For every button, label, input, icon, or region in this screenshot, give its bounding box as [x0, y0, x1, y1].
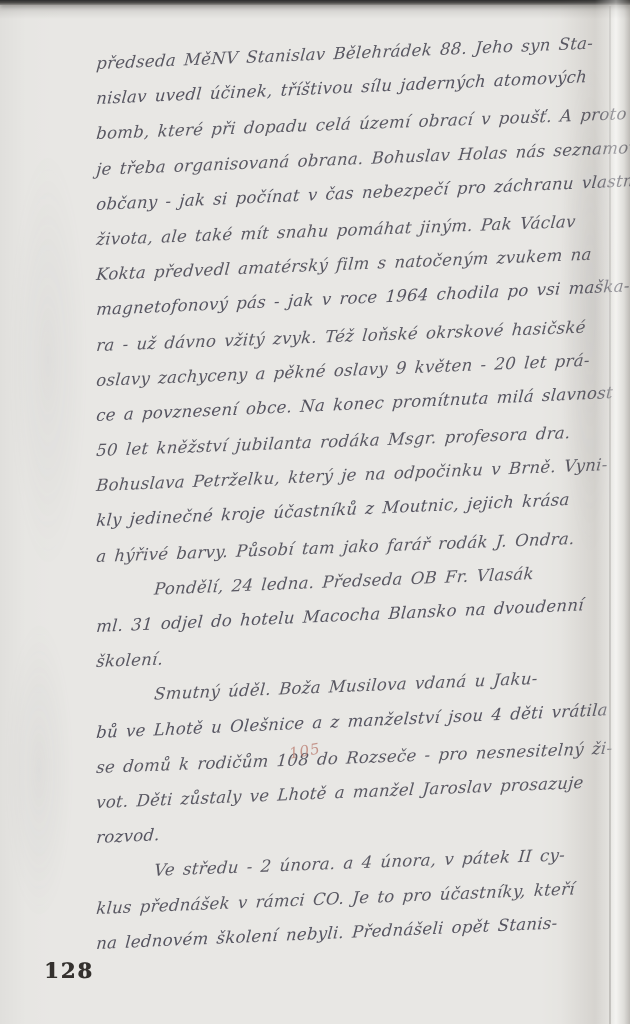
ink-bleed-smudge	[8, 150, 88, 570]
ink-bleed-smudge	[4, 620, 74, 920]
photo-top-edge-shadow	[0, 5, 630, 19]
chronicle-page-scan: předseda MěNV Stanislav Bělehrádek 88. J…	[0, 0, 630, 1024]
page-crease-line	[609, 6, 611, 1024]
handwritten-text-block: předseda MěNV Stanislav Bělehrádek 88. J…	[96, 46, 626, 961]
page-number-stamp: 128	[44, 958, 94, 983]
